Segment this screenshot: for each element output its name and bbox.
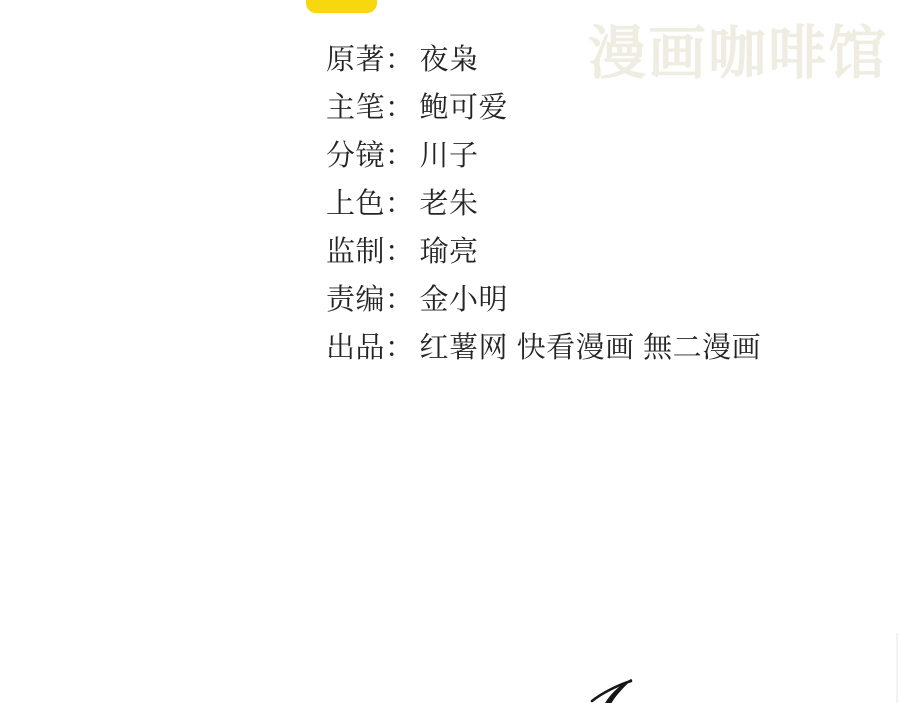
credit-name: 红薯网 快看漫画 無二漫画 — [420, 332, 762, 364]
page-edge-line — [896, 633, 898, 703]
credits-list: 原著：夜枭 主笔：鲍可爱 分镜：川子 上色：老朱 监制：瑜亮 责编：金小明 出品… — [326, 36, 761, 372]
credit-row: 责编：金小明 — [326, 276, 761, 324]
credit-colon: ： — [385, 236, 415, 268]
credit-row: 出品：红薯网 快看漫画 無二漫画 — [326, 324, 761, 372]
credit-colon: ： — [385, 332, 415, 364]
credit-name: 瑜亮 — [420, 236, 479, 268]
credit-row: 主笔：鲍可爱 — [326, 84, 761, 132]
credit-name: 金小明 — [420, 284, 509, 316]
credit-role: 监制 — [326, 236, 385, 268]
credit-role: 责编 — [326, 284, 385, 316]
credit-row: 原著：夜枭 — [326, 36, 761, 84]
credit-colon: ： — [385, 188, 415, 220]
credit-colon: ： — [385, 92, 415, 124]
credit-name: 老朱 — [420, 188, 479, 220]
credit-name: 夜枭 — [420, 44, 479, 76]
credit-role: 原著 — [326, 44, 385, 76]
credit-name: 川子 — [420, 140, 479, 172]
credit-role: 分镜 — [326, 140, 385, 172]
credit-row: 监制：瑜亮 — [326, 228, 761, 276]
credit-colon: ： — [385, 44, 415, 76]
chapter-badge — [306, 0, 377, 13]
credit-name: 鲍可爱 — [420, 92, 509, 124]
credit-colon: ： — [385, 140, 415, 172]
credit-row: 分镜：川子 — [326, 132, 761, 180]
credit-colon: ： — [385, 284, 415, 316]
credit-role: 主笔 — [326, 92, 385, 124]
credit-role: 上色 — [326, 188, 385, 220]
credit-row: 上色：老朱 — [326, 180, 761, 228]
credit-role: 出品 — [326, 332, 385, 364]
ink-hair-tip-stroke-art — [580, 672, 650, 703]
